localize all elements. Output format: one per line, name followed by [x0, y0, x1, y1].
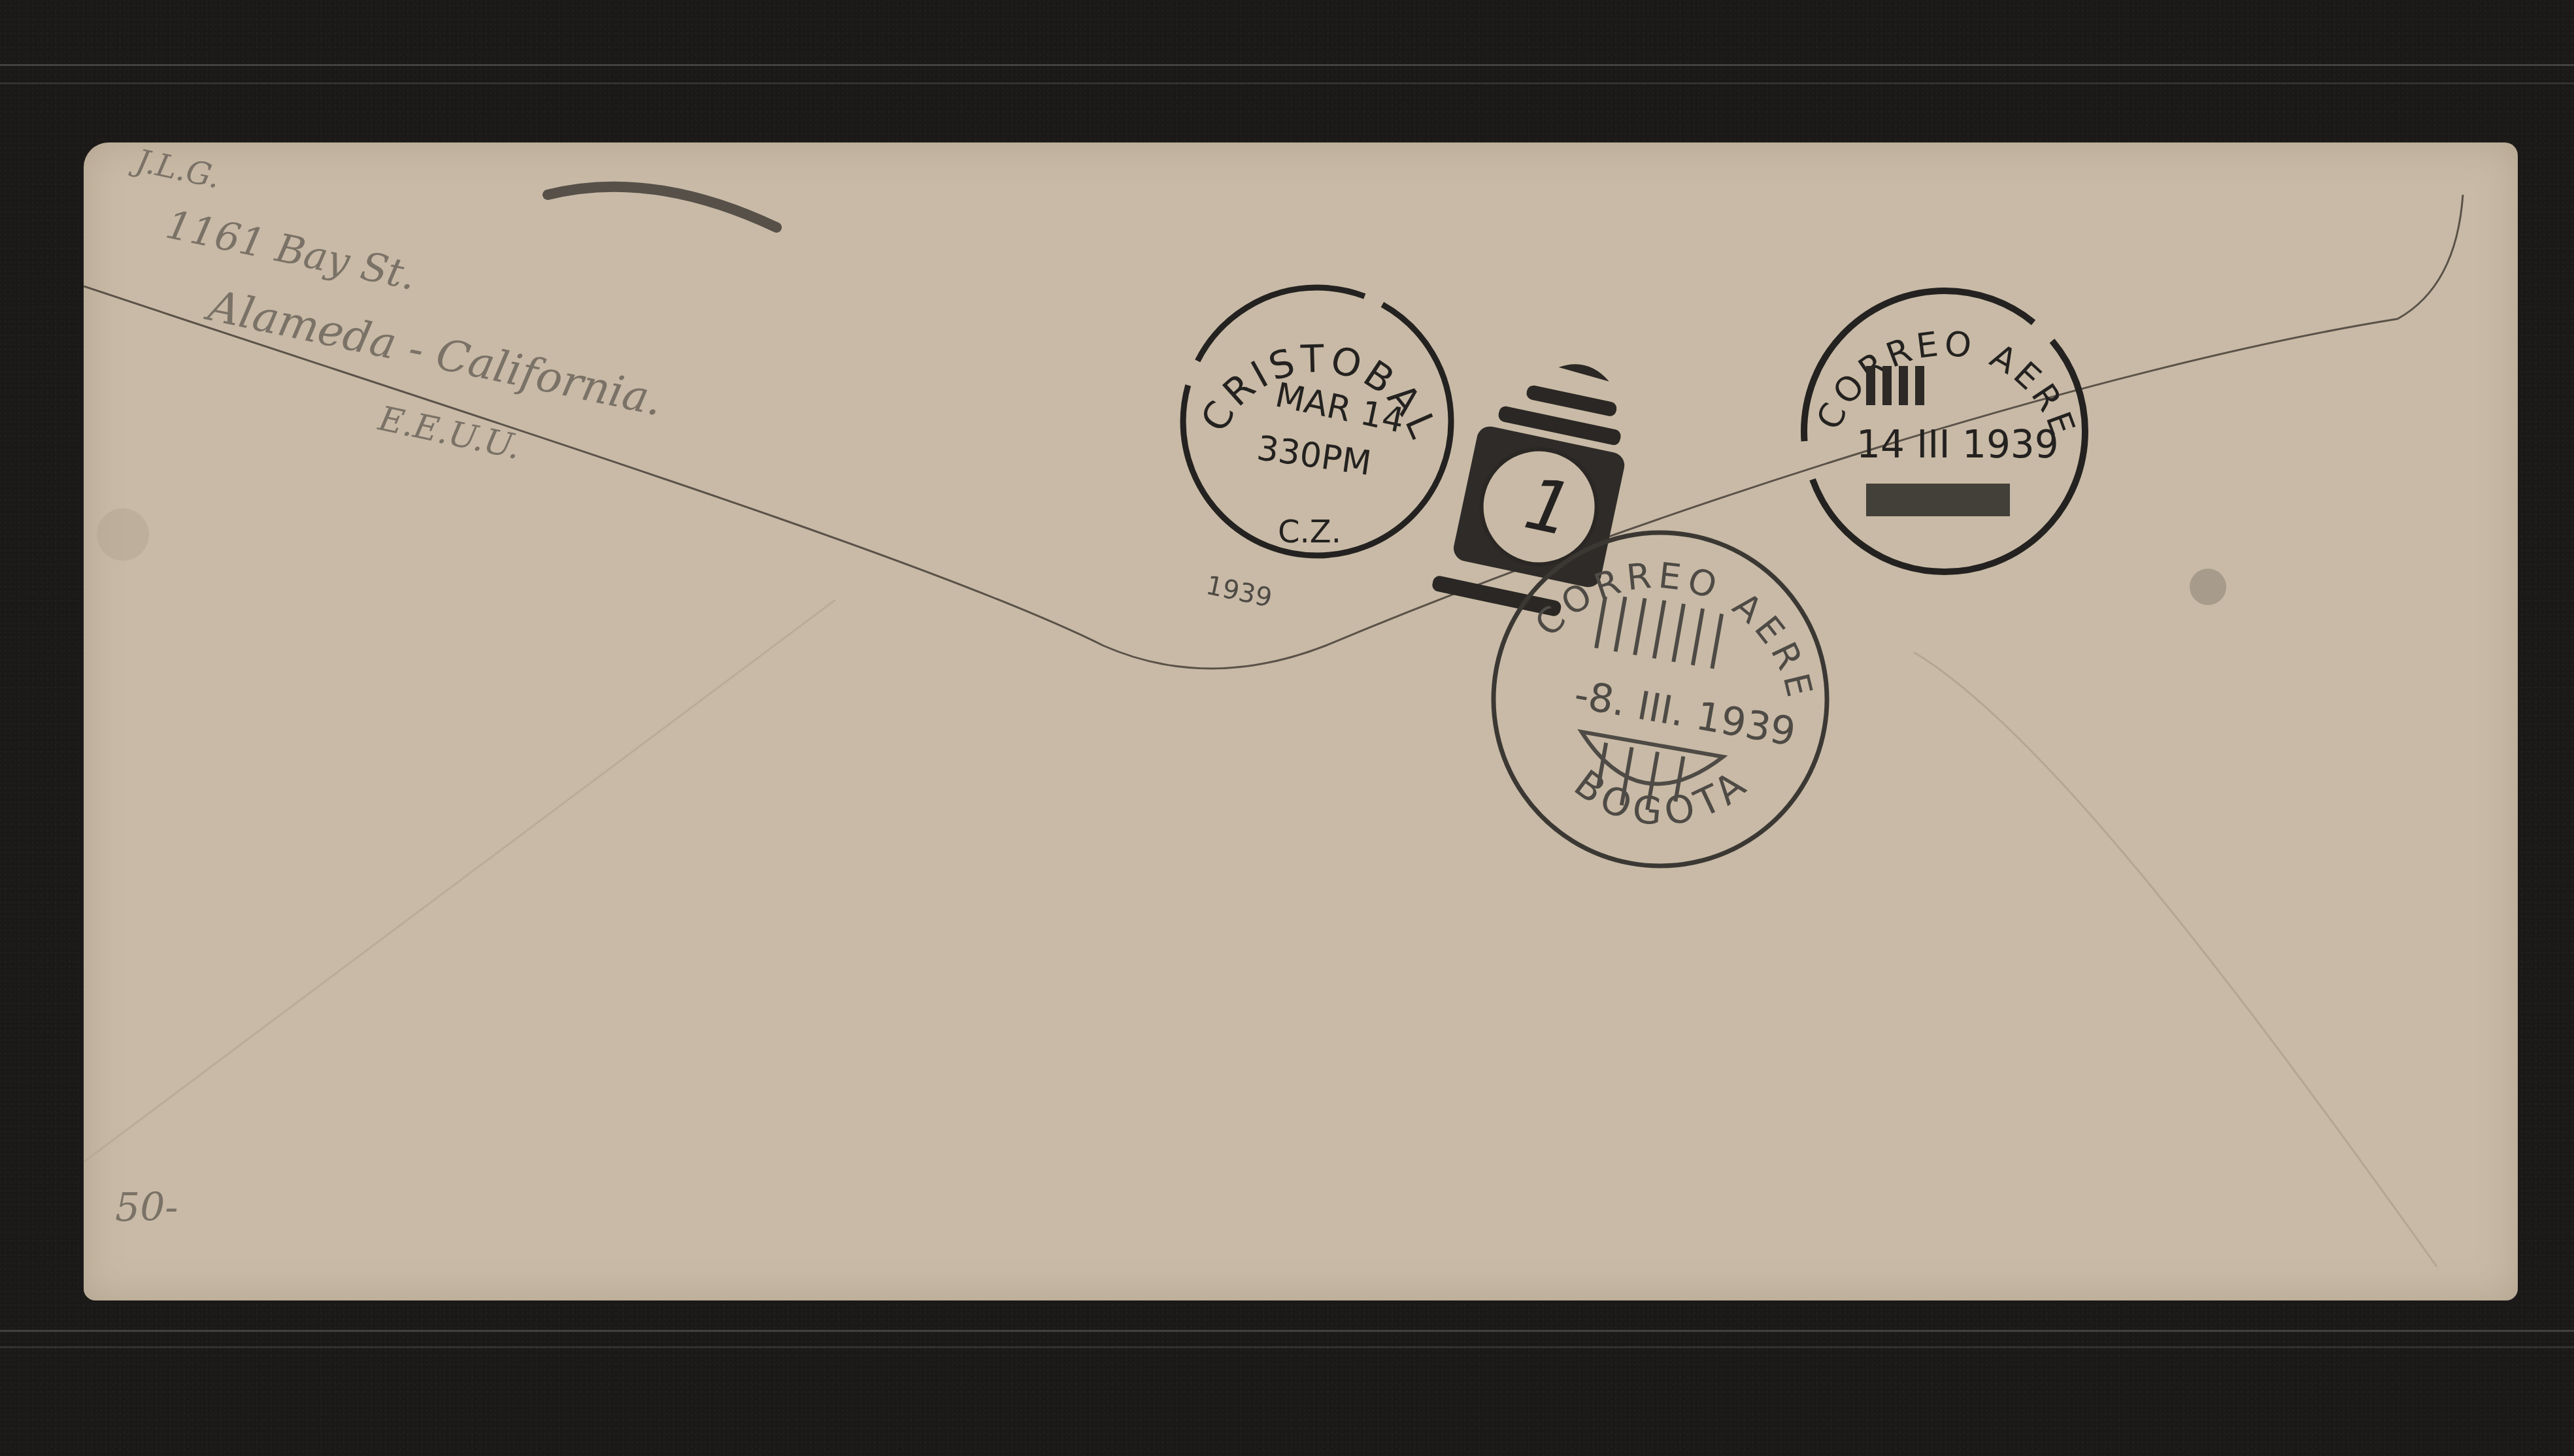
sleeve-edge-top: [0, 64, 2574, 66]
price-note: 50-: [115, 1185, 178, 1231]
return-address-line1: J.L.G.: [127, 142, 224, 196]
postmark-correo-aereo-14: CORREO AEREO 14 III 1939: [1804, 291, 2085, 572]
envelope-artwork: J.L.G. 1161 Bay St. Alameda - California…: [84, 142, 2518, 1300]
fold-right: [1914, 652, 2437, 1266]
return-address-line4: E.E.U.U.: [375, 399, 524, 468]
postmark-cristobal: CRISTOBAL MAR 14 330PM C.Z.: [1183, 288, 1451, 555]
cristobal-time: 330PM: [1254, 429, 1373, 484]
return-address: J.L.G. 1161 Bay St. Alameda - California…: [85, 142, 692, 494]
stain: [97, 508, 149, 561]
fold-left: [84, 600, 835, 1162]
envelope-back: J.L.G. 1161 Bay St. Alameda - California…: [84, 142, 2518, 1300]
sleeve-edge-top-2: [0, 82, 2574, 84]
sleeve-edge-bottom-2: [0, 1346, 2574, 1348]
stain: [2190, 569, 2226, 605]
ink-smudge: [548, 187, 777, 227]
sleeve-edge-bottom: [0, 1330, 2574, 1332]
return-address-line2: 1161 Bay St.: [162, 202, 420, 299]
cristobal-zone: C.Z.: [1278, 514, 1341, 550]
partial-year: 1939: [1203, 571, 1275, 614]
return-address-line3: Alameda - California.: [201, 280, 667, 426]
correo-aereo-date: 14 III 1939: [1856, 422, 2059, 467]
